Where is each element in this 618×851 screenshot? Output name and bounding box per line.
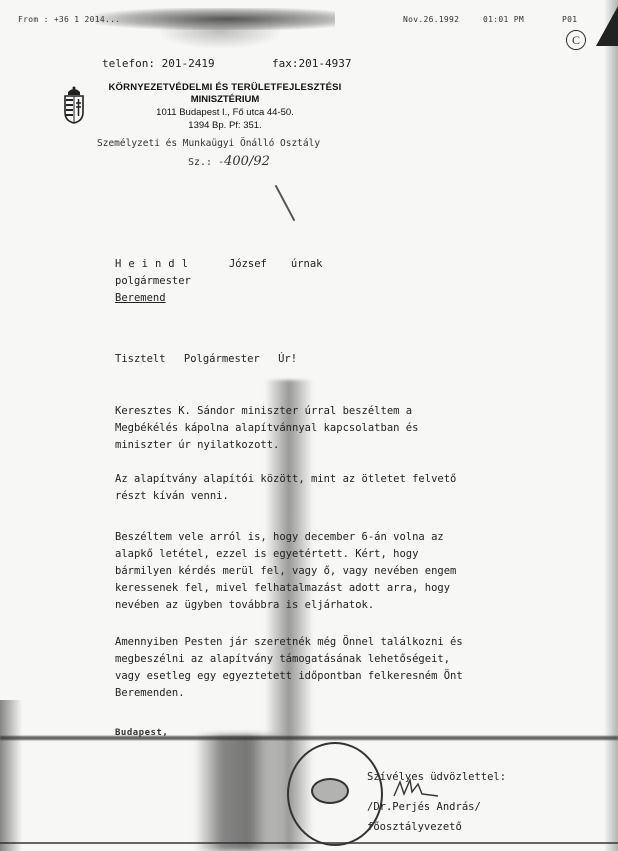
fax-time: 01:01 PM [483, 15, 524, 24]
paragraph-line: Beszéltem vele arról is, hogy december 6… [115, 529, 535, 546]
scanned-letter-page: From : +36 1 2014... Nov.26.1992 01:01 P… [0, 0, 618, 851]
reference-handwritten: 400/92 [224, 154, 270, 169]
paragraph-line: Amennyiben Pesten jár szeretnék még Önne… [115, 634, 535, 651]
addressee-place: Beremend [115, 290, 535, 307]
closing-greeting: Szívélyes üdvözlettel: [367, 767, 506, 787]
page-bottom-edge [0, 842, 618, 844]
ministry-name: KÖRNYEZETVÉDELMI ÉS TERÜLETFEJLESZTÉSI [95, 82, 355, 93]
signer-title: főosztályvezető [367, 817, 506, 837]
paragraph-line: alapkő letétel, ezzel is egyetértett. Ké… [115, 546, 535, 563]
ministry-name-2: MINISZTÉRIUM [95, 94, 355, 105]
page-right-edge [604, 0, 618, 851]
department-name: Személyzeti és Munkaügyi Önálló Osztály [97, 138, 320, 149]
addressee-honorific: úrnak [291, 256, 323, 273]
coat-of-arms-icon [63, 86, 85, 124]
paragraph-line: Az alapítvány alapítói között, mint az ö… [115, 471, 535, 488]
reference-prefix: Sz.: - [188, 157, 224, 168]
closing-block: Szívélyes üdvözlettel: /Dr.Perjés András… [367, 767, 506, 837]
pen-mark [275, 185, 296, 221]
page-left-edge-shadow [0, 700, 22, 851]
paragraph-line: megbeszélni az alapítvány támogatásának … [115, 651, 535, 668]
reference-number: Sz.: -400/92 [188, 154, 270, 169]
paragraph: Amennyiben Pesten jár szeretnék még Önne… [115, 634, 535, 702]
fax-number: fax:201-4937 [272, 57, 351, 70]
paragraph-line: Keresztes K. Sándor miniszter úrral besz… [115, 403, 535, 420]
ministry-letterhead: KÖRNYEZETVÉDELMI ÉS TERÜLETFEJLESZTÉSI M… [95, 82, 355, 131]
paragraph-line: nevében az ügyben továbbra is eljárhatok… [115, 597, 535, 614]
fax-from: From : +36 1 2014... [18, 15, 120, 24]
scan-smudge [160, 20, 280, 48]
fax-date: Nov.26.1992 [403, 15, 459, 24]
paragraph-line: Megbékélés kápolna alapítvánnyal kapcsol… [115, 420, 535, 437]
place-date: Budapest, [115, 728, 168, 738]
paragraph: Az alapítvány alapítói között, mint az ö… [115, 471, 535, 505]
scan-band [0, 736, 618, 740]
paragraph-line: Beremenden. [115, 685, 535, 702]
addressee-surname: Heindl [115, 256, 195, 273]
paragraph-line: keressenek fel, mivel felhatalmazást ado… [115, 580, 535, 597]
salutation: Tisztelt Polgármester Úr! [115, 351, 535, 368]
addressee-title: polgármester [115, 273, 535, 290]
telephone-number: telefon: 201-2419 [102, 57, 215, 70]
addressee-block: HeindlJózsefúrnak polgármester Beremend [115, 256, 535, 307]
signer-name: /Dr.Perjés András/ [367, 797, 506, 817]
fax-page-number: P01 [562, 15, 577, 24]
stamp-crest-icon [311, 778, 349, 804]
paragraph-line: vagy esetleg egy egyeztetett időpontban … [115, 668, 535, 685]
paragraph: Keresztes K. Sándor miniszter úrral besz… [115, 403, 535, 454]
paragraph-line: bármilyen kérdés merül fel, vagy ő, vagy… [115, 563, 535, 580]
paragraph-line: miniszter úr nyilatkozott. [115, 437, 535, 454]
paragraph: Beszéltem vele arról is, hogy december 6… [115, 529, 535, 614]
circled-mark: C [566, 30, 586, 50]
scan-streak [195, 735, 285, 851]
folded-corner [596, 6, 618, 46]
paragraph-line: részt kíván venni. [115, 488, 535, 505]
ministry-address: 1011 Budapest I., Fő utca 44-50. [95, 107, 355, 118]
ministry-po-box: 1394 Bp. Pf: 351. [95, 120, 355, 131]
addressee-given-name: József [229, 256, 267, 273]
